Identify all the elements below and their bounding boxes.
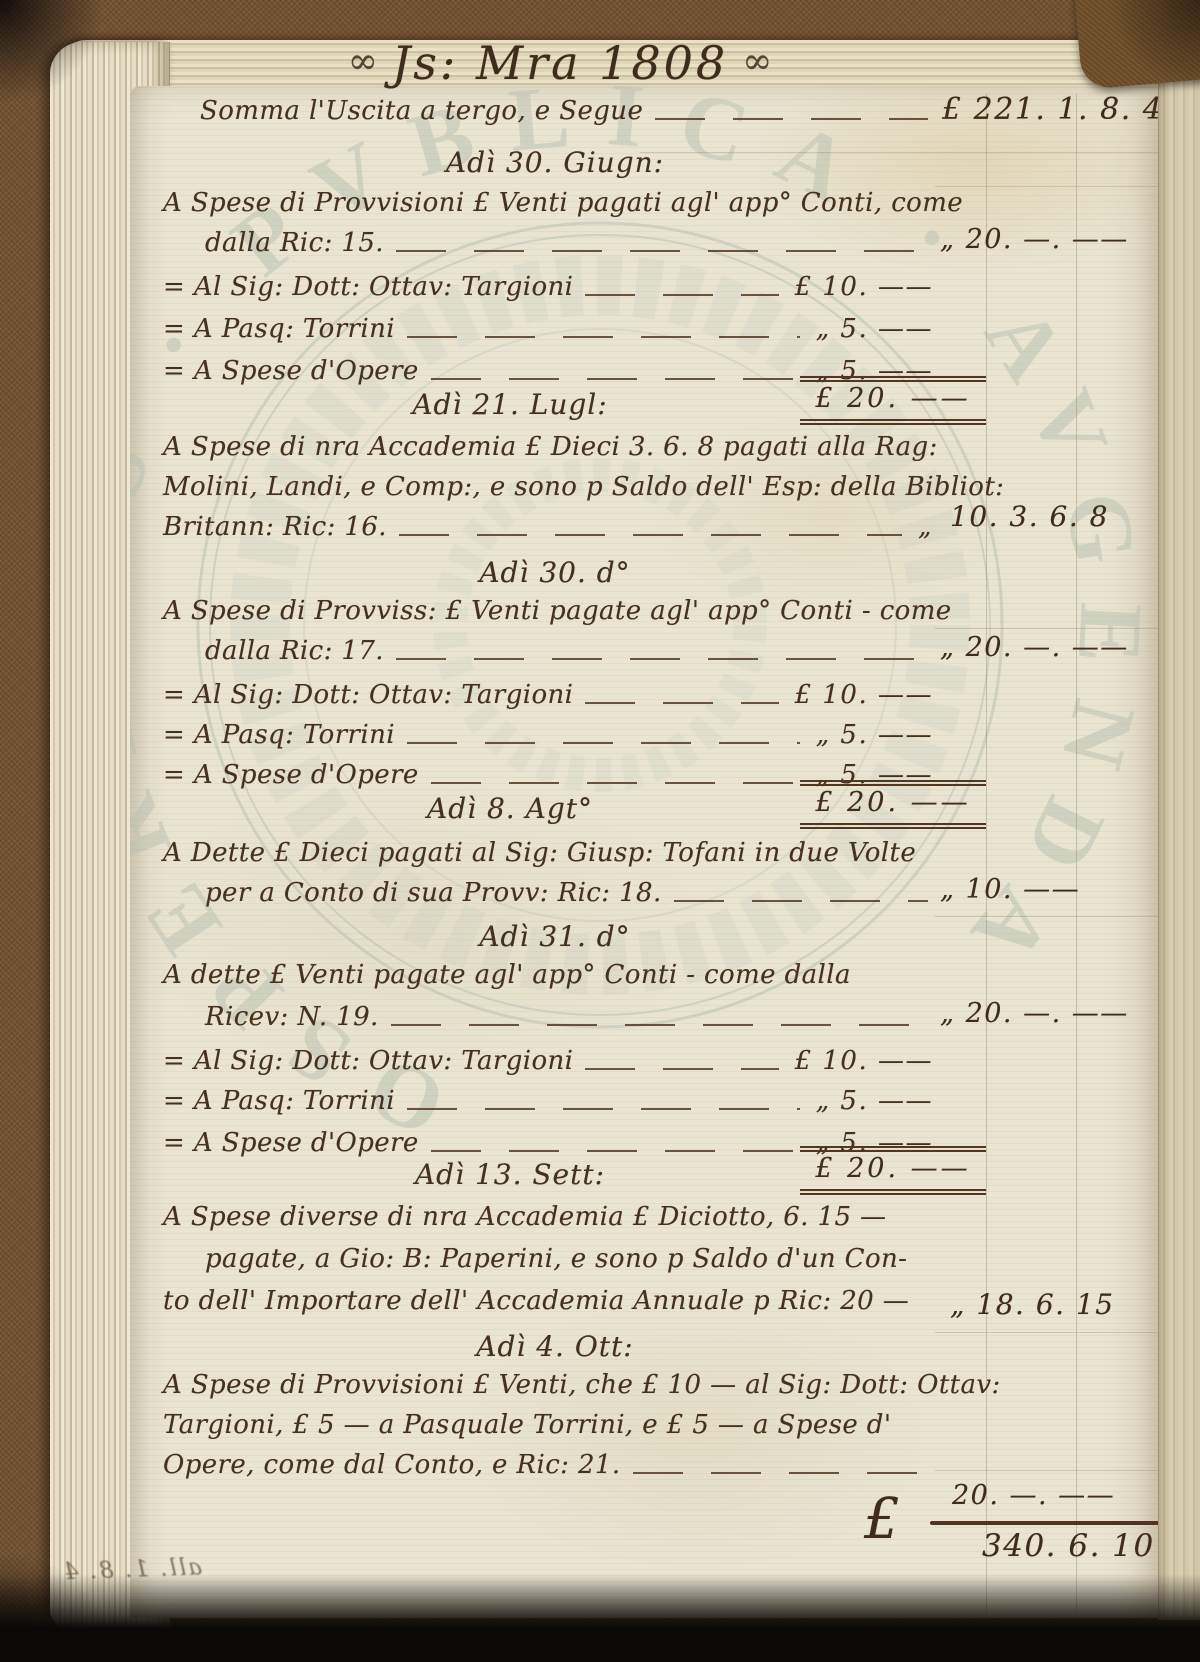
handwritten-text: A Dette £ Dieci pagati al Sig: Giusp: To… (163, 838, 916, 870)
show-through-mark: all. 1. 8. 4 (52, 1553, 203, 1586)
inline-amount: £ 10. —— (795, 680, 933, 712)
ruled-dashes (396, 654, 928, 668)
flourish-ornament-right: ∞ (728, 41, 786, 82)
carried-forward-line: Somma l'Uscita a tergo, e Segue (200, 96, 938, 128)
handwritten-text: Adì 21. Lugl: (412, 388, 607, 421)
handwritten-text: £ 20. —— (815, 787, 970, 818)
ledger-entry-line: = Al Sig: Dott: Ottav: Targioni£ 10. —— (163, 1046, 933, 1078)
handwritten-text: = A Pasq: Torrini (163, 314, 395, 346)
handwritten-text: Molini, Landi, e Comp:, e sono p Saldo d… (163, 472, 1004, 504)
total-lira-flourish: £ (864, 1486, 934, 1554)
date-heading-21-luglio: Adì 21. Lugl: (290, 388, 730, 422)
handwritten-text: = A Spese d'Opere (163, 760, 419, 792)
scanned-ledger-page: OSPERITAS · PVBLICA · AVGENDA ∞Js: Mra 1… (0, 0, 1200, 1662)
ledger-entry-line: per a Conto di sua Provv: Ric: 18. (205, 878, 938, 910)
amount-value: 10. 3. 6. 8 (950, 500, 1160, 534)
handwritten-text: Adì 8. Agt° (427, 792, 593, 825)
ledger-entry-line: A Spese di nra Accademia £ Dieci 3. 6. 8… (163, 432, 953, 464)
subtotal-box: £ 20. —— (800, 376, 986, 425)
inline-amount: £ 10. —— (795, 1046, 933, 1078)
date-heading-8-agosto: Adì 8. Agt° (290, 792, 730, 826)
handwritten-text: Targioni, £ 5 — a Pasquale Torrini, e £ … (163, 1410, 891, 1442)
ledger-entry-line: Targioni, £ 5 — a Pasquale Torrini, e £ … (163, 1410, 975, 1442)
ruled-dashes (431, 374, 800, 388)
handwritten-text: Adì 4. Ott: (476, 1330, 634, 1363)
ruled-dashes (431, 778, 800, 792)
ruled-dashes (585, 1064, 778, 1078)
handwritten-text: dalla Ric: 15. (205, 228, 384, 260)
handwritten-text: „ 20. —. —— (940, 998, 1129, 1029)
ledger-entry-line: = A Pasq: Torrini„ 5. —— (163, 720, 933, 752)
inline-amount: „ 5. —— (816, 720, 933, 752)
flourish-ornament-left: ∞ (334, 41, 392, 82)
handwritten-text: „ 10. —— (940, 874, 1080, 905)
amount-value: „ 20. —. —— (940, 224, 1158, 257)
ruled-dashes (633, 1468, 923, 1482)
handwritten-text: Somma l'Uscita a tergo, e Segue (200, 96, 643, 128)
handwriting-layer: ∞Js: Mra 1808∞ Somma l'Uscita a tergo, e… (0, 0, 1200, 1662)
date-heading-30-detto: Adì 30. d° (330, 556, 780, 590)
handwritten-text: pagate, a Gio: B: Paperini, e sono p Sal… (205, 1244, 907, 1276)
ruled-dashes (655, 114, 928, 128)
grand-total: 340. 6. 10 . — (982, 1528, 1177, 1566)
inline-amount: £ 10. —— (795, 272, 933, 304)
date-heading-4-ottobre: Adì 4. Ott: (330, 1330, 780, 1364)
ledger-entry-line: dalla Ric: 17. (205, 636, 938, 668)
amount-value: „ 20. —. —— (940, 998, 1158, 1031)
handwritten-text: to dell' Importare dell' Accademia Annua… (163, 1286, 909, 1318)
handwritten-text: £ 20. —— (815, 383, 970, 414)
ledger-entry-line: A Spese di Provvisioni £ Venti, che £ 10… (163, 1370, 975, 1402)
handwritten-text: „ 20. —. —— (940, 224, 1129, 255)
handwritten-text: = A Spese d'Opere (163, 1128, 419, 1160)
date-heading-30-giugno: Adì 30. Giugn: (330, 146, 780, 180)
ledger-entry-line: Ricev: N. 19. (205, 1002, 938, 1034)
amount-value: 20. —. —— (952, 1480, 1158, 1513)
handwritten-text: £ (864, 1487, 901, 1552)
book-cover-corner (1074, 0, 1200, 90)
handwritten-text: £ 221. 1. 8. 4 (942, 92, 1163, 127)
handwritten-text: = A Spese d'Opere (163, 356, 419, 388)
handwritten-text: Adì 30. Giugn: (446, 146, 664, 179)
ledger-entry-line: Molini, Landi, e Comp:, e sono p Saldo d… (163, 472, 953, 504)
ledger-entry-line: = A Pasq: Torrini„ 5. —— (163, 1086, 933, 1118)
handwritten-text: = A Pasq: Torrini (163, 720, 395, 752)
amount-value: „ 10. —— (940, 874, 1158, 907)
date-heading-31-detto: Adì 31. d° (330, 920, 780, 954)
handwritten-text: A Spese di Provvisioni £ Venti pagati ag… (163, 188, 963, 220)
ledger-entry-line: pagate, a Gio: B: Paperini, e sono p Sal… (205, 1244, 995, 1276)
handwritten-text: Adì 13. Sett: (415, 1158, 605, 1191)
handwritten-text: A Spese di Provviss: £ Venti pagate agl'… (163, 596, 952, 628)
ruled-dashes (391, 1020, 928, 1034)
ledger-entry-line: A Spese diverse di nra Accademia £ Dicio… (163, 1202, 953, 1234)
ruled-dashes (407, 332, 800, 346)
inline-amount: „ 5. —— (816, 314, 933, 346)
handwritten-text: 10. 3. 6. 8 (950, 500, 1109, 533)
handwritten-text: dalla Ric: 17. (205, 636, 384, 668)
amount-value: „ 18. 6. 15 (950, 1288, 1160, 1322)
handwritten-text: per a Conto di sua Provv: Ric: 18. (205, 878, 662, 910)
ledger-entry-line: A dette £ Venti pagate agl' app° Conti -… (163, 960, 953, 992)
handwritten-text: = Al Sig: Dott: Ottav: Targioni (163, 272, 573, 304)
ledger-entry-line: = Al Sig: Dott: Ottav: Targioni£ 10. —— (163, 272, 933, 304)
carried-forward-amount: £ 221. 1. 8. 4 (942, 92, 1160, 129)
page-edge-right (1158, 58, 1200, 1620)
date-heading-13-settembre: Adì 13. Sett: (290, 1158, 730, 1192)
handwritten-text: = Al Sig: Dott: Ottav: Targioni (163, 1046, 573, 1078)
ledger-entry-line: Britann: Ric: 16.„ (163, 512, 933, 544)
ledger-entry-line: A Spese di Provviss: £ Venti pagate agl'… (163, 596, 953, 628)
ledger-entry-line: = A Pasq: Torrini„ 5. —— (163, 314, 933, 346)
handwritten-text: A Spese di Provvisioni £ Venti, che £ 10… (163, 1370, 1001, 1402)
ledger-entry-line: A Dette £ Dieci pagati al Sig: Giusp: To… (163, 838, 953, 870)
subtotal-box: £ 20. —— (800, 780, 986, 829)
handwritten-text: Ricev: N. 19. (205, 1002, 379, 1034)
handwritten-text: = Al Sig: Dott: Ottav: Targioni (163, 680, 573, 712)
handwritten-text: £ 20. —— (815, 1153, 970, 1184)
ruled-dashes (407, 1104, 800, 1118)
handwritten-text: „ 20. —. —— (940, 632, 1129, 663)
handwritten-text: all. 1. 8. 4 (61, 1554, 202, 1585)
subtotal-box: £ 20. —— (800, 1146, 986, 1195)
ruled-dashes (399, 530, 902, 544)
handwritten-text: „ 18. 6. 15 (950, 1288, 1115, 1321)
ruled-dashes (674, 896, 928, 910)
handwritten-text: Opere, come dal Conto, e Ric: 21. (163, 1450, 621, 1482)
ledger-entry-line: to dell' Importare dell' Accademia Annua… (163, 1286, 943, 1318)
ruled-dashes (396, 246, 928, 260)
ruled-dashes (407, 738, 800, 752)
handwritten-text: = A Pasq: Torrini (163, 1086, 395, 1118)
ledger-entry-line: = Al Sig: Dott: Ottav: Targioni£ 10. —— (163, 680, 933, 712)
handwritten-text: Britann: Ric: 16. (163, 512, 387, 544)
total-rule (930, 1521, 1160, 1525)
handwritten-text: A dette £ Venti pagate agl' app° Conti -… (163, 960, 851, 992)
handwritten-text: A Spese diverse di nra Accademia £ Dicio… (163, 1202, 886, 1234)
ledger-entry-line: A Spese di Provvisioni £ Venti pagati ag… (163, 188, 953, 220)
handwritten-text: Adì 30. d° (479, 556, 630, 589)
inline-amount: „ (918, 512, 933, 544)
handwritten-text: 20. —. —— (952, 1480, 1115, 1511)
ledger-entry-line: dalla Ric: 15. (205, 228, 938, 260)
ruled-dashes (585, 698, 778, 712)
inline-amount: „ 5. —— (816, 1086, 933, 1118)
ruled-dashes (585, 290, 778, 304)
amount-value: „ 20. —. —— (940, 632, 1158, 665)
handwritten-text: Adì 31. d° (479, 920, 630, 953)
handwritten-text: A Spese di nra Accademia £ Dieci 3. 6. 8… (163, 432, 938, 464)
page-title: Js: Mra 1808 (392, 36, 728, 90)
year-header: ∞Js: Mra 1808∞ (280, 36, 840, 90)
ledger-entry-line: Opere, come dal Conto, e Ric: 21. (163, 1450, 933, 1482)
